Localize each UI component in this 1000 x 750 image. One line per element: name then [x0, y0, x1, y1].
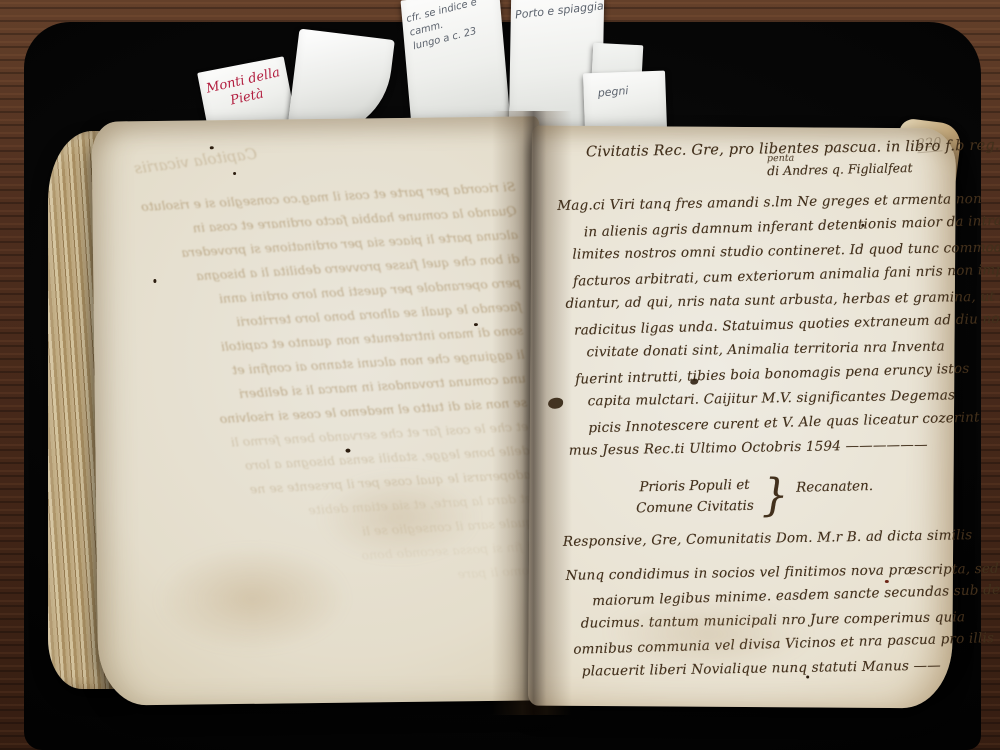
ink-speck [861, 224, 864, 227]
manuscript-date-line: mus Jesus Rec.ti Ultimo Octobris 1594 ——… [569, 433, 925, 463]
ink-speck [233, 172, 236, 175]
ink-speck [345, 449, 350, 453]
bookmark-label-pencil: cfr. se indice e camm. lungo a c. 23 [405, 0, 502, 54]
left-page: Capitola vicariis Si ricorda per parte e… [91, 116, 546, 705]
addressee-line: Prioris Populi et [635, 474, 753, 498]
response-paragraph: Nunq condidimus in socios vel finitimos … [559, 557, 930, 685]
response-heading: Responsive, Gre, Comunitatis Dom. M.r B.… [563, 523, 927, 554]
red-speck [885, 580, 889, 583]
manuscript-photo-scene: Monti della Pietà cfr. se indice e camm.… [0, 0, 1000, 750]
bleedthrough-header: Capitola vicariis [133, 116, 483, 177]
bookmark-label-pencil: Porto e spiaggia [514, 0, 602, 22]
bookmark-label-pencil: pegni [597, 81, 666, 100]
curly-brace: } [761, 470, 789, 519]
right-page: 220 Civitatis Rec. Gre, pro libentes pas… [528, 126, 956, 709]
addressee-block: Prioris Populi et Comune Civitatis } Rec… [635, 469, 873, 520]
ink-speck [210, 146, 214, 149]
manuscript-line: placuerit liberi Novialique nunq statuti… [582, 654, 930, 684]
addressee-line: Comune Civitatis [636, 495, 754, 519]
addressee-names: Prioris Populi et Comune Civitatis [635, 474, 754, 519]
ink-speck [153, 279, 156, 283]
open-manuscript-book: Capitola vicariis Si ricorda per parte e… [40, 105, 960, 723]
bleedthrough-text-block: Capitola vicariis Si ricorda per parte e… [132, 123, 541, 689]
interlinear-note: penta [767, 153, 795, 165]
ink-speck [806, 675, 809, 678]
addressee-recipient: Recanaten. [796, 477, 873, 495]
manuscript-text-block: Civitatis Rec. Gre, pro libentes pascua.… [550, 135, 930, 691]
ink-speck [474, 323, 478, 326]
